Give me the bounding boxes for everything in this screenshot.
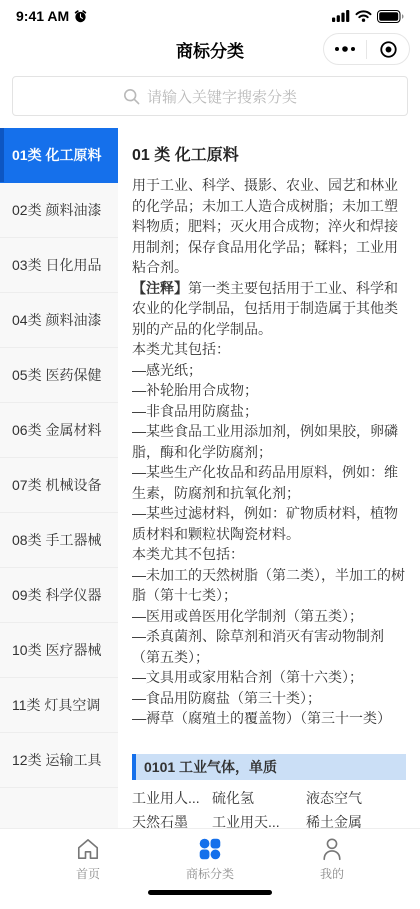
description-line: —医用或兽医用化学制剂（第五类）； <box>132 606 406 627</box>
sidebar-item-06[interactable]: 06类 金属材料 <box>0 403 118 458</box>
sidebar-item-07[interactable]: 07类 机械设备 <box>0 458 118 513</box>
class-description: 用于工业、科学、摄影、农业、园艺和林业的化学品；未加工人造合成树脂；未加工塑料物… <box>132 175 406 747</box>
sidebar-item-02[interactable]: 02类 颜料油漆 <box>0 183 118 238</box>
tab-label: 首页 <box>76 865 100 882</box>
sidebar-item-label: 12类 运输工具 <box>12 750 101 770</box>
tab-bar: 首页 商标分类 我的 <box>0 828 420 909</box>
sidebar-item-04[interactable]: 04类 颜料油漆 <box>0 293 118 348</box>
term-grid: 工业用人... 硫化氢 液态空气 天然石墨 工业用天... 稀土金属 <box>132 788 406 828</box>
exit-button[interactable] <box>367 34 409 64</box>
note-prefix: 【注释】 <box>132 280 188 296</box>
sidebar-item-12[interactable]: 12类 运输工具 <box>0 733 118 788</box>
term-item[interactable]: 工业用天... <box>212 812 306 828</box>
sidebar-item-01[interactable]: 01类 化工原料 <box>0 128 118 183</box>
sidebar-item-label: 03类 日化用品 <box>12 255 101 275</box>
search-placeholder: 请输入关键字搜索分类 <box>147 86 297 107</box>
status-time: 9:41 AM <box>16 8 87 24</box>
sidebar-item-09[interactable]: 09类 科学仪器 <box>0 568 118 623</box>
sidebar-item-10[interactable]: 10类 医疗器械 <box>0 623 118 678</box>
term-item[interactable]: 工业用人... <box>132 788 212 809</box>
main-area: 01类 化工原料 02类 颜料油漆 03类 日化用品 04类 颜料油漆 05类 … <box>0 128 420 828</box>
category-icon <box>197 836 223 862</box>
term-item[interactable]: 液态空气 <box>306 788 406 809</box>
tab-mine[interactable]: 我的 <box>296 836 368 882</box>
description-line: —非食品用防腐盐； <box>132 401 406 422</box>
person-icon <box>319 836 345 862</box>
sidebar-item-label: 08类 手工器械 <box>12 530 101 550</box>
sidebar-item-label: 06类 金属材料 <box>12 420 101 440</box>
description-line: —食品用防腐盐（第三十类）； <box>132 688 406 709</box>
description-line: —褥草（腐殖土的覆盖物）（第三十一类） <box>132 708 406 729</box>
sidebar-item-05[interactable]: 05类 医药保健 <box>0 348 118 403</box>
home-icon <box>75 836 101 862</box>
search-input[interactable]: 请输入关键字搜索分类 <box>12 76 408 116</box>
content-scroll-area[interactable]: 01 类 化工原料 用于工业、科学、摄影、农业、园艺和林业的化学品；未加工人造合… <box>118 128 420 828</box>
category-sidebar[interactable]: 01类 化工原料 02类 颜料油漆 03类 日化用品 04类 颜料油漆 05类 … <box>0 128 118 828</box>
sidebar-item-08[interactable]: 08类 手工器械 <box>0 513 118 568</box>
battery-icon <box>377 10 404 23</box>
intro-paragraph: 用于工业、科学、摄影、农业、园艺和林业的化学品；未加工人造合成树脂；未加工塑料物… <box>132 175 406 278</box>
tab-home[interactable]: 首页 <box>52 836 124 882</box>
description-line: —某些食品工业用添加剂，例如果胶，卵磷脂，酶和化学防腐剂； <box>132 421 406 462</box>
target-icon <box>379 40 398 59</box>
sidebar-item-label: 10类 医疗器械 <box>12 640 101 660</box>
tab-label: 我的 <box>320 865 344 882</box>
time-text: 9:41 AM <box>16 8 69 24</box>
sidebar-item-label: 09类 科学仪器 <box>12 585 101 605</box>
sidebar-item-03[interactable]: 03类 日化用品 <box>0 238 118 293</box>
sidebar-item-label: 02类 颜料油漆 <box>12 200 101 220</box>
term-item[interactable]: 稀土金属 <box>306 812 406 828</box>
note-paragraph: 【注释】第一类主要包括用于工业、科学和农业的化学制品，包括用于制造属于其他类别的… <box>132 278 406 340</box>
description-line: —感光纸； <box>132 360 406 381</box>
sidebar-item-label: 07类 机械设备 <box>12 475 101 495</box>
description-line: —文具用或家用粘合剂（第十六类）； <box>132 667 406 688</box>
description-line: —杀真菌剂、除草剂和消灭有害动物制剂（第五类）； <box>132 626 406 667</box>
tab-label: 商标分类 <box>186 865 234 882</box>
nav-bar: 商标分类 <box>0 28 420 70</box>
status-bar: 9:41 AM <box>0 0 420 28</box>
more-button[interactable] <box>324 34 366 64</box>
tab-classification[interactable]: 商标分类 <box>174 836 246 882</box>
class-title: 01 类 化工原料 <box>132 142 406 165</box>
miniprogram-capsule <box>323 33 410 65</box>
page-title: 商标分类 <box>176 37 244 62</box>
more-icon <box>334 45 356 53</box>
app-window: 9:41 AM <box>0 0 420 909</box>
description-line: —未加工的天然树脂（第二类），半加工的树脂（第十七类）； <box>132 565 406 606</box>
search-section: 请输入关键字搜索分类 <box>0 70 420 128</box>
description-line: 本类尤其不包括： <box>132 544 406 565</box>
term-item[interactable]: 天然石墨 <box>132 812 212 828</box>
cellular-signal-icon <box>332 10 350 22</box>
description-line: —某些过滤材料，例如：矿物质材料，植物质材料和颗粒状陶瓷材料。 <box>132 503 406 544</box>
sidebar-item-label: 01类 化工原料 <box>12 145 101 165</box>
term-item[interactable]: 硫化氢 <box>212 788 306 809</box>
description-line: —某些生产化妆品和药品用原料，例如：维生素，防腐剂和抗氧化剂； <box>132 462 406 503</box>
home-indicator <box>148 890 272 895</box>
wifi-icon <box>355 10 372 22</box>
sidebar-item-11[interactable]: 11类 灯具空调 <box>0 678 118 733</box>
subclass-header: 0101 工业气体，单质 <box>132 754 406 780</box>
description-line: 本类尤其包括： <box>132 339 406 360</box>
sidebar-item-label: 04类 颜料油漆 <box>12 310 101 330</box>
sidebar-item-label: 11类 灯具空调 <box>12 695 100 715</box>
status-icons <box>332 10 404 23</box>
alarm-clock-icon <box>74 10 87 23</box>
sidebar-item-label: 05类 医药保健 <box>12 365 101 385</box>
description-line: —补轮胎用合成物； <box>132 380 406 401</box>
search-icon <box>123 88 140 105</box>
